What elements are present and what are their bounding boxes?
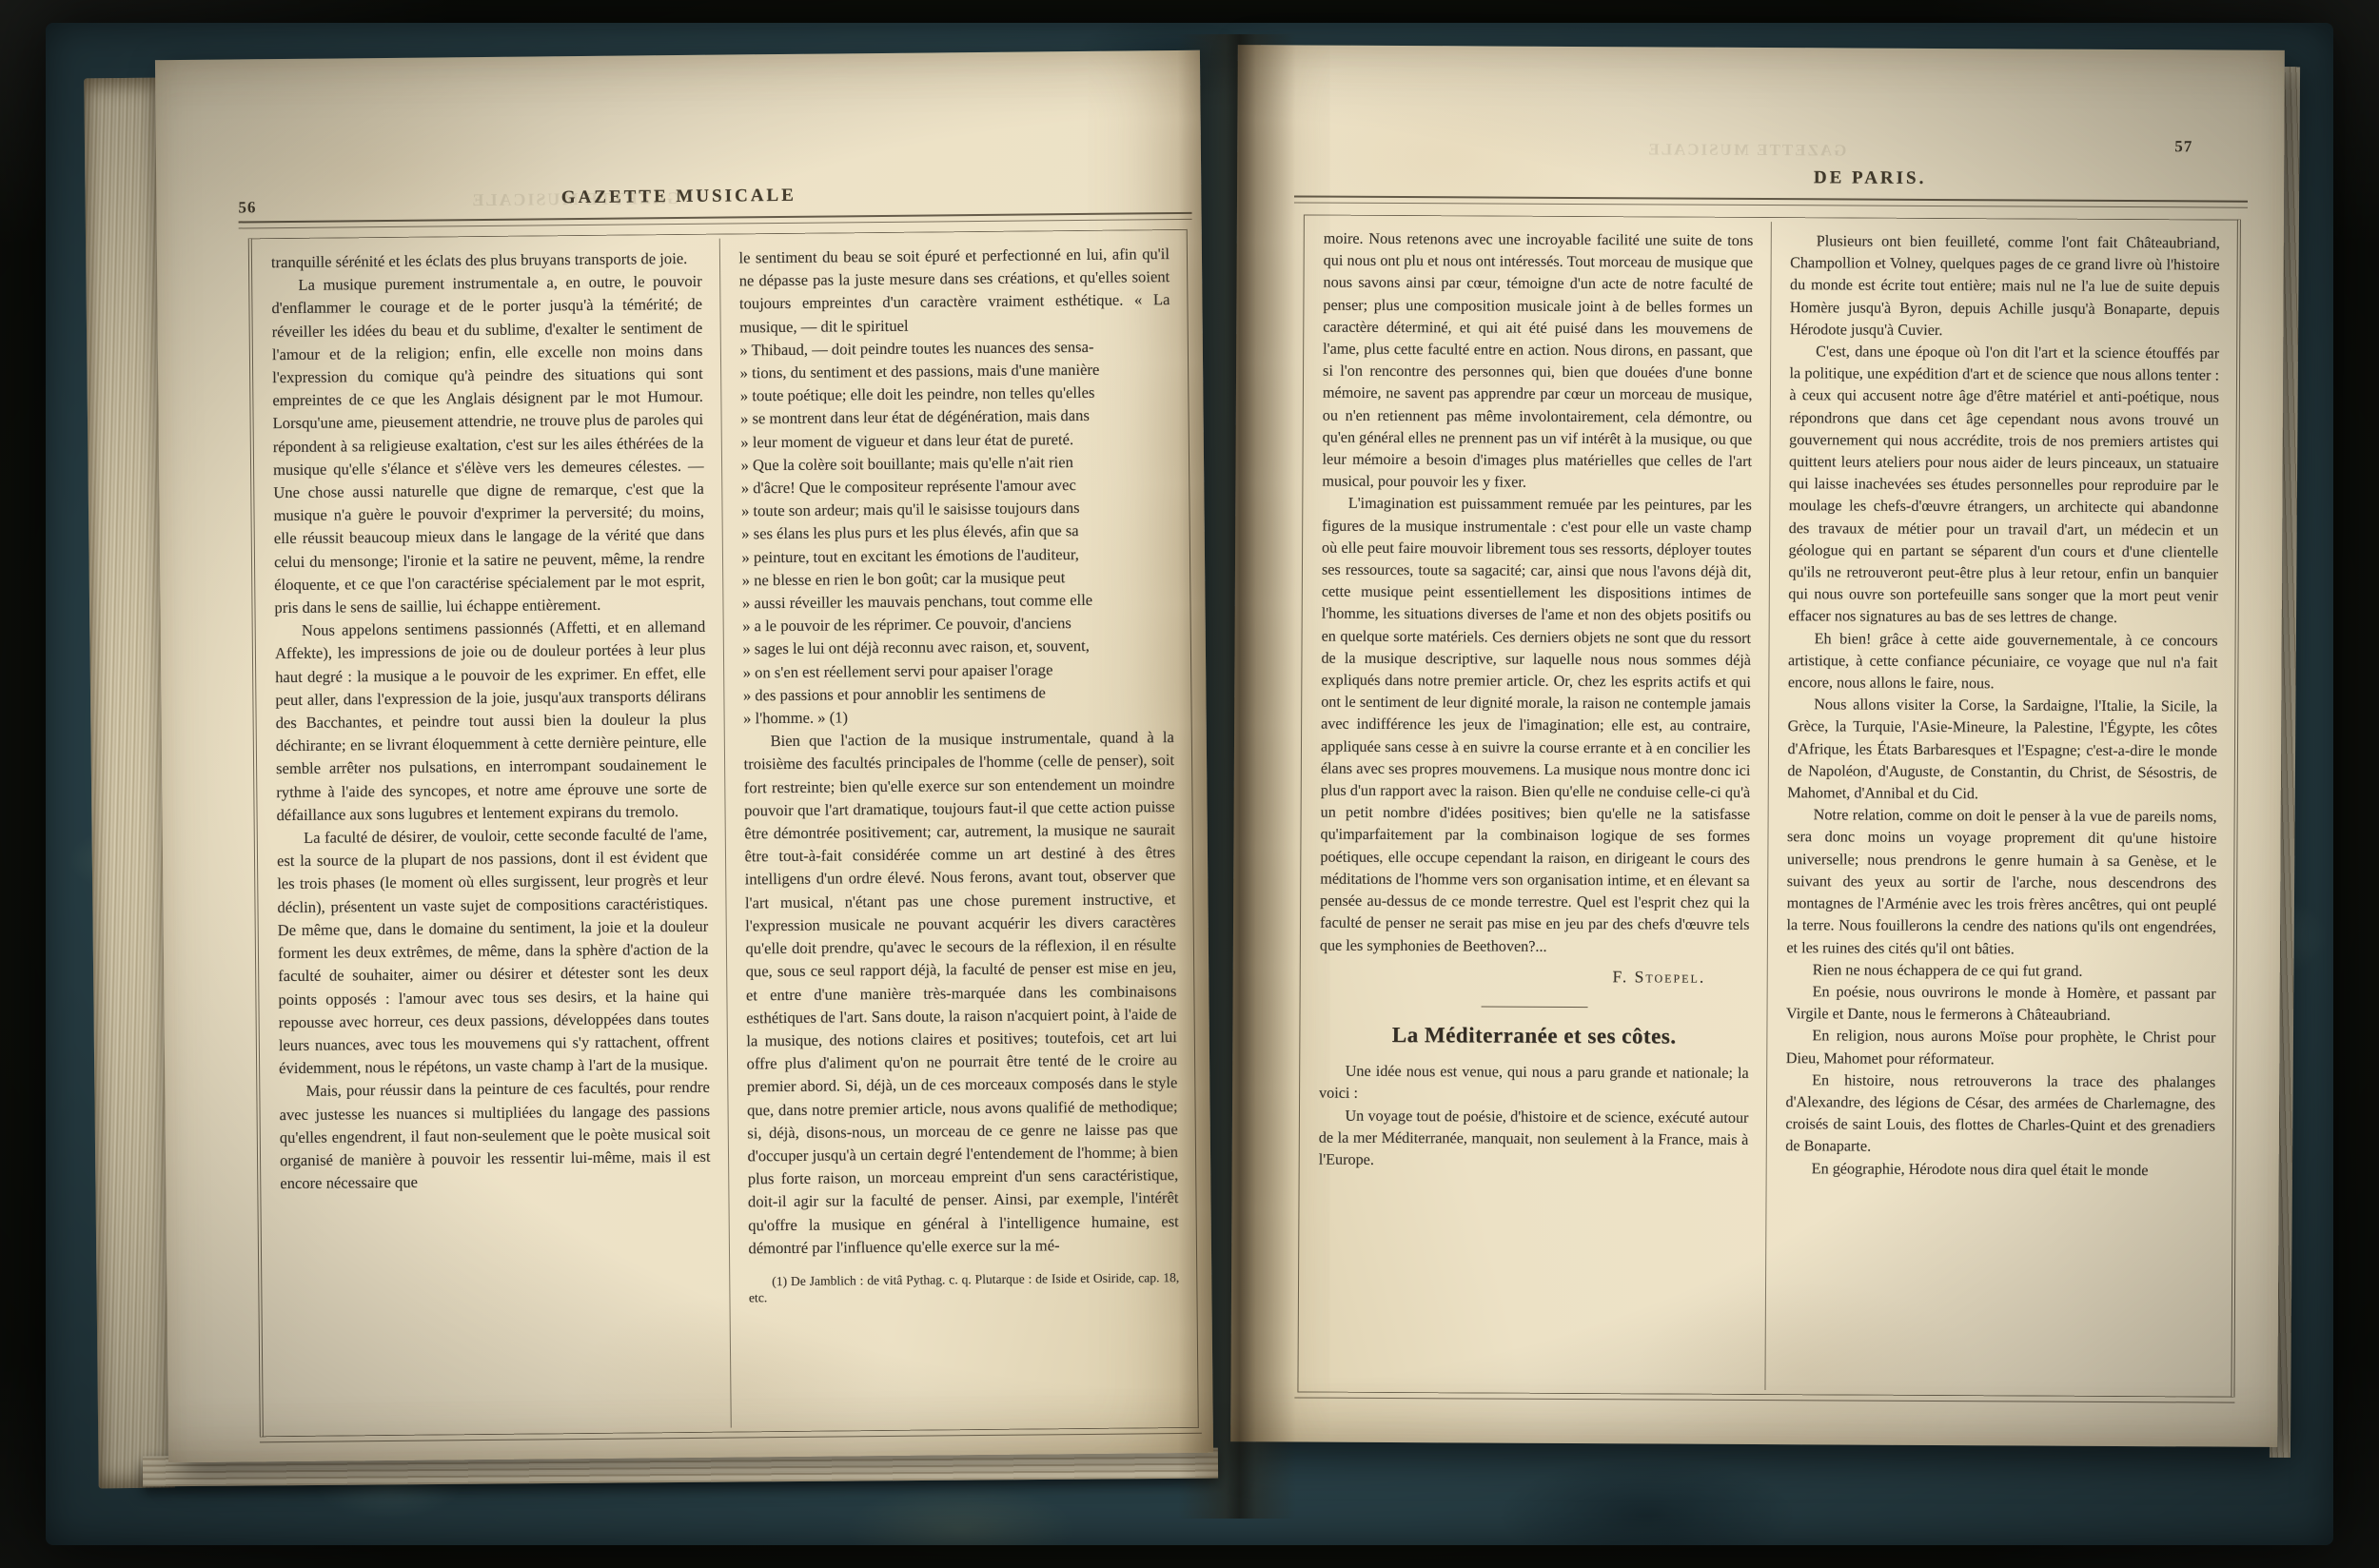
header-rule [239,212,1192,229]
page-right: GAZETTE MUSICALE 57 DE PARIS. moire. Nou… [1230,45,2285,1447]
paragraph: En géographie, Hérodote nous dira quel é… [1785,1158,2215,1183]
page-left: GAZETTE MUSICALE 56 GAZETTE MUSICALE tra… [155,50,1213,1462]
running-head: DE PARIS. [1347,166,2285,192]
paragraph: C'est, dans une époque où l'on dit l'art… [1788,341,2219,630]
paragraph: moire. Nous retenons avec une incroyable… [1322,228,1753,496]
paragraph: En histoire, nous retrouverons la trace … [1785,1069,2215,1160]
columns: tranquille sérénité et les éclats des pl… [252,230,1198,1436]
page-number: 57 [2174,137,2192,156]
paragraph: Un voyage tout de poésie, d'histoire et … [1319,1105,1749,1173]
paragraph: En religion, nous aurons Moïse pour prop… [1786,1025,2216,1071]
paragraph: La musique purement instrumentale a, en … [271,270,705,619]
paragraph: Bien que l'action de la musique instrume… [743,726,1179,1260]
section-heading: La Méditerranée et ses côtes. [1319,1023,1749,1048]
author-signature: F. Stoepel. [1320,964,1706,988]
paragraph: L'imagination est puissamment remuée par… [1320,493,1752,959]
article-end: moire. Nous retenons avec une incroyable… [1320,228,1754,959]
paragraph: Mais, pour réussir dans la peinture de c… [279,1076,711,1195]
column-1: tranquille sérénité et les éclats des pl… [252,235,731,1437]
column-2: Plusieurs ont bien feuilleté, comme l'on… [1765,218,2237,1397]
columns: moire. Nous retenons avec une incroyable… [1298,215,2236,1396]
bleed-through-text: GAZETTE MUSICALE [1646,140,1846,160]
section-divider-rule [1481,1006,1587,1008]
column-1: moire. Nous retenons avec une incroyable… [1298,215,1770,1394]
paragraph: En poésie, nous ouvrirons le monde à Hom… [1786,981,2216,1028]
paragraph: La faculté de désirer, de vouloir, cette… [277,823,710,1081]
paragraph: Rien ne nous échappera de ce qui fut gra… [1786,959,2216,984]
scanned-book-photo: GAZETTE MUSICALE 56 GAZETTE MUSICALE tra… [0,0,2379,1568]
column-2: le sentiment du beau se soit épuré et pe… [719,230,1198,1432]
paragraph: Une idée nous est venue, qui nous a paru… [1319,1061,1749,1107]
footnote: (1) De Jamblich : de vitâ Pythag. c. q. … [749,1269,1180,1306]
paragraph: Nous appelons sentimens passionnés (Affe… [275,616,708,827]
header-rule [1294,195,2248,207]
text-frame: moire. Nous retenons avec une incroyable… [1297,214,2240,1397]
quotation-block: » Thibaud, — doit peindre toutes les nua… [739,335,1173,731]
text-frame: tranquille sérénité et les éclats des pl… [248,229,1199,1437]
paragraph: le sentiment du beau se soit épuré et pe… [738,243,1170,339]
article-start: Une idée nous est venue, qui nous a paru… [1319,1061,1749,1173]
paragraph: Eh bien! grâce à cette aide gouvernement… [1788,628,2218,696]
paragraph: Nous allons visiter la Corse, la Sardaig… [1787,694,2217,806]
paragraph: Plusieurs ont bien feuilleté, comme l'on… [1790,230,2220,343]
paragraph: Notre relation, comme on doit le penser … [1786,804,2216,961]
